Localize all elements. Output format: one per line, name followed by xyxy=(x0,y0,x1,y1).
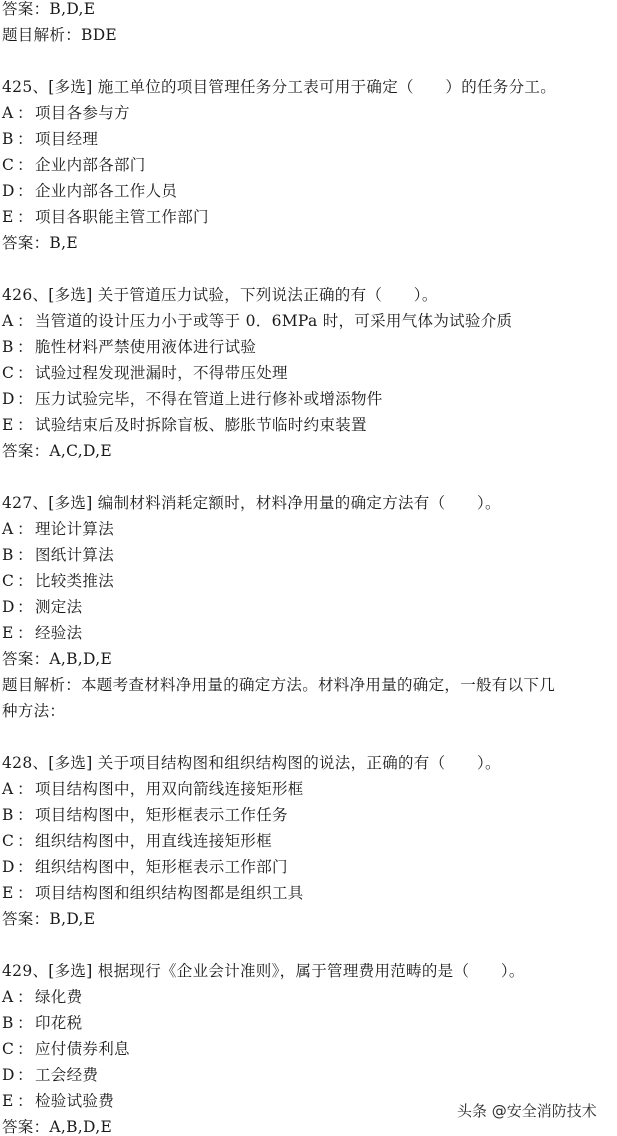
answer-line: 答案：B,E xyxy=(2,230,614,256)
question-block-428: 428、[多选] 关于项目结构图和组织结构图的说法，正确的有（ ）。 A：项目结… xyxy=(2,750,614,932)
option-separator: ： xyxy=(15,412,35,438)
option-separator: ： xyxy=(15,1088,35,1114)
option-letter: C xyxy=(2,828,15,854)
option-separator: ： xyxy=(15,620,35,646)
option-letter: C xyxy=(2,360,15,386)
option-d: D：测定法 xyxy=(2,594,614,620)
option-letter: E xyxy=(2,620,15,646)
question-title: 426、[多选] 关于管道压力试验，下列说法正确的有（ ）。 xyxy=(2,282,614,308)
option-letter: C xyxy=(2,152,15,178)
option-text: 项目结构图和组织结构图都是组织工具 xyxy=(35,884,304,902)
option-letter: B xyxy=(2,334,15,360)
option-c: C：组织结构图中，用直线连接矩形框 xyxy=(2,828,614,854)
option-text: 组织结构图中，用直线连接矩形框 xyxy=(35,832,272,850)
option-separator: ： xyxy=(15,1010,35,1036)
analysis-line: 题目解析：本题考查材料净用量的确定方法。材料净用量的确定，一般有以下几 xyxy=(2,672,614,698)
spacer xyxy=(2,464,614,490)
option-c: C：应付债券利息 xyxy=(2,1036,614,1062)
question-block-427: 427、[多选] 编制材料消耗定额时，材料净用量的确定方法有（ ）。 A：理论计… xyxy=(2,490,614,724)
question-title: 429、[多选] 根据现行《企业会计准则》，属于管理费用范畴的是（ ）。 xyxy=(2,958,614,984)
option-b: B：项目经理 xyxy=(2,126,614,152)
option-text: 理论计算法 xyxy=(35,520,114,538)
option-letter: A xyxy=(2,516,15,542)
option-text: 项目各职能主管工作部门 xyxy=(35,208,209,226)
option-letter: D xyxy=(2,386,15,412)
option-text: 测定法 xyxy=(35,598,82,616)
option-text: 绿化费 xyxy=(35,988,82,1006)
option-a: A：项目结构图中，用双向箭线连接矩形框 xyxy=(2,776,614,802)
option-e: E：项目各职能主管工作部门 xyxy=(2,204,614,230)
option-separator: ： xyxy=(15,204,35,230)
option-letter: C xyxy=(2,568,15,594)
option-separator: ： xyxy=(15,386,35,412)
question-title: 428、[多选] 关于项目结构图和组织结构图的说法，正确的有（ ）。 xyxy=(2,750,614,776)
option-separator: ： xyxy=(15,854,35,880)
answer-line: 答案：A,C,D,E xyxy=(2,438,614,464)
option-c: C：比较类推法 xyxy=(2,568,614,594)
spacer xyxy=(2,932,614,958)
option-letter: B xyxy=(2,542,15,568)
option-separator: ： xyxy=(15,880,35,906)
option-letter: A xyxy=(2,100,15,126)
option-a: A：当管道的设计压力小于或等于 0．6MPa 时，可采用气体为试验介质 xyxy=(2,308,614,334)
option-b: B：项目结构图中，矩形框表示工作任务 xyxy=(2,802,614,828)
option-a: A：理论计算法 xyxy=(2,516,614,542)
option-c: C：企业内部各部门 xyxy=(2,152,614,178)
option-a: A：项目各参与方 xyxy=(2,100,614,126)
option-d: D：压力试验完毕，不得在管道上进行修补或增添物件 xyxy=(2,386,614,412)
question-block-426: 426、[多选] 关于管道压力试验，下列说法正确的有（ ）。 A：当管道的设计压… xyxy=(2,282,614,464)
option-separator: ： xyxy=(15,308,35,334)
option-separator: ： xyxy=(15,802,35,828)
option-separator: ： xyxy=(15,360,35,386)
option-letter: E xyxy=(2,204,15,230)
option-separator: ： xyxy=(15,334,35,360)
option-separator: ： xyxy=(15,126,35,152)
option-letter: D xyxy=(2,1062,15,1088)
option-letter: E xyxy=(2,880,15,906)
option-letter: D xyxy=(2,854,15,880)
option-separator: ： xyxy=(15,1036,35,1062)
option-text: 压力试验完毕，不得在管道上进行修补或增添物件 xyxy=(35,390,383,408)
option-text: 比较类推法 xyxy=(35,572,114,590)
option-e: E：经验法 xyxy=(2,620,614,646)
option-d: D：工会经费 xyxy=(2,1062,614,1088)
option-a: A：绿化费 xyxy=(2,984,614,1010)
option-letter: B xyxy=(2,1010,15,1036)
option-c: C：试验过程发现泄漏时，不得带压处理 xyxy=(2,360,614,386)
option-letter: B xyxy=(2,126,15,152)
analysis-line: 题目解析：BDE xyxy=(2,22,614,48)
option-text: 试验结束后及时拆除盲板、膨胀节临时约束装置 xyxy=(35,416,367,434)
option-b: B：图纸计算法 xyxy=(2,542,614,568)
option-text: 脆性材料严禁使用液体进行试验 xyxy=(35,338,256,356)
option-text: 试验过程发现泄漏时，不得带压处理 xyxy=(35,364,288,382)
option-letter: D xyxy=(2,594,15,620)
spacer xyxy=(2,724,614,750)
option-text: 工会经费 xyxy=(35,1066,98,1084)
question-title: 427、[多选] 编制材料消耗定额时，材料净用量的确定方法有（ ）。 xyxy=(2,490,614,516)
answer-line: 答案：A,B,D,E xyxy=(2,646,614,672)
option-text: 企业内部各部门 xyxy=(35,156,146,174)
option-letter: E xyxy=(2,1088,15,1114)
option-separator: ： xyxy=(15,178,35,204)
question-block-425: 425、[多选] 施工单位的项目管理任务分工表可用于确定（ ）的任务分工。 A：… xyxy=(2,74,614,256)
watermark: 头条 @安全消防技术 xyxy=(457,1100,597,1121)
option-letter: A xyxy=(2,308,15,334)
option-text: 应付债券利息 xyxy=(35,1040,130,1058)
option-letter: B xyxy=(2,802,15,828)
option-text: 印花税 xyxy=(35,1014,82,1032)
option-separator: ： xyxy=(15,100,35,126)
option-separator: ： xyxy=(15,568,35,594)
option-b: B：脆性材料严禁使用液体进行试验 xyxy=(2,334,614,360)
answer-line: 答案：B,D,E xyxy=(2,0,614,22)
option-text: 项目结构图中，矩形框表示工作任务 xyxy=(35,806,288,824)
option-text: 项目结构图中，用双向箭线连接矩形框 xyxy=(35,780,304,798)
spacer xyxy=(2,256,614,282)
option-letter: E xyxy=(2,412,15,438)
option-separator: ： xyxy=(15,152,35,178)
question-title: 425、[多选] 施工单位的项目管理任务分工表可用于确定（ ）的任务分工。 xyxy=(2,74,614,100)
option-separator: ： xyxy=(15,1062,35,1088)
option-separator: ： xyxy=(15,984,35,1010)
option-letter: A xyxy=(2,776,15,802)
option-text: 企业内部各工作人员 xyxy=(35,182,177,200)
spacer xyxy=(2,48,614,74)
option-separator: ： xyxy=(15,594,35,620)
option-d: D：企业内部各工作人员 xyxy=(2,178,614,204)
document-body: 答案：B,D,E 题目解析：BDE 425、[多选] 施工单位的项目管理任务分工… xyxy=(2,0,614,1136)
option-e: E：项目结构图和组织结构图都是组织工具 xyxy=(2,880,614,906)
option-e: E：试验结束后及时拆除盲板、膨胀节临时约束装置 xyxy=(2,412,614,438)
option-text: 经验法 xyxy=(35,624,82,642)
option-letter: C xyxy=(2,1036,15,1062)
option-text: 当管道的设计压力小于或等于 0．6MPa 时，可采用气体为试验介质 xyxy=(35,312,512,330)
option-text: 项目经理 xyxy=(35,130,98,148)
option-letter: A xyxy=(2,984,15,1010)
option-letter: D xyxy=(2,178,15,204)
option-separator: ： xyxy=(15,542,35,568)
option-separator: ： xyxy=(15,776,35,802)
answer-line: 答案：B,D,E xyxy=(2,906,614,932)
option-separator: ： xyxy=(15,828,35,854)
option-text: 检验试验费 xyxy=(35,1092,114,1110)
option-text: 项目各参与方 xyxy=(35,104,130,122)
option-text: 图纸计算法 xyxy=(35,546,114,564)
option-text: 组织结构图中，矩形框表示工作部门 xyxy=(35,858,288,876)
option-separator: ： xyxy=(15,516,35,542)
option-b: B：印花税 xyxy=(2,1010,614,1036)
analysis-line-continued: 种方法： xyxy=(2,698,614,724)
option-d: D：组织结构图中，矩形框表示工作部门 xyxy=(2,854,614,880)
